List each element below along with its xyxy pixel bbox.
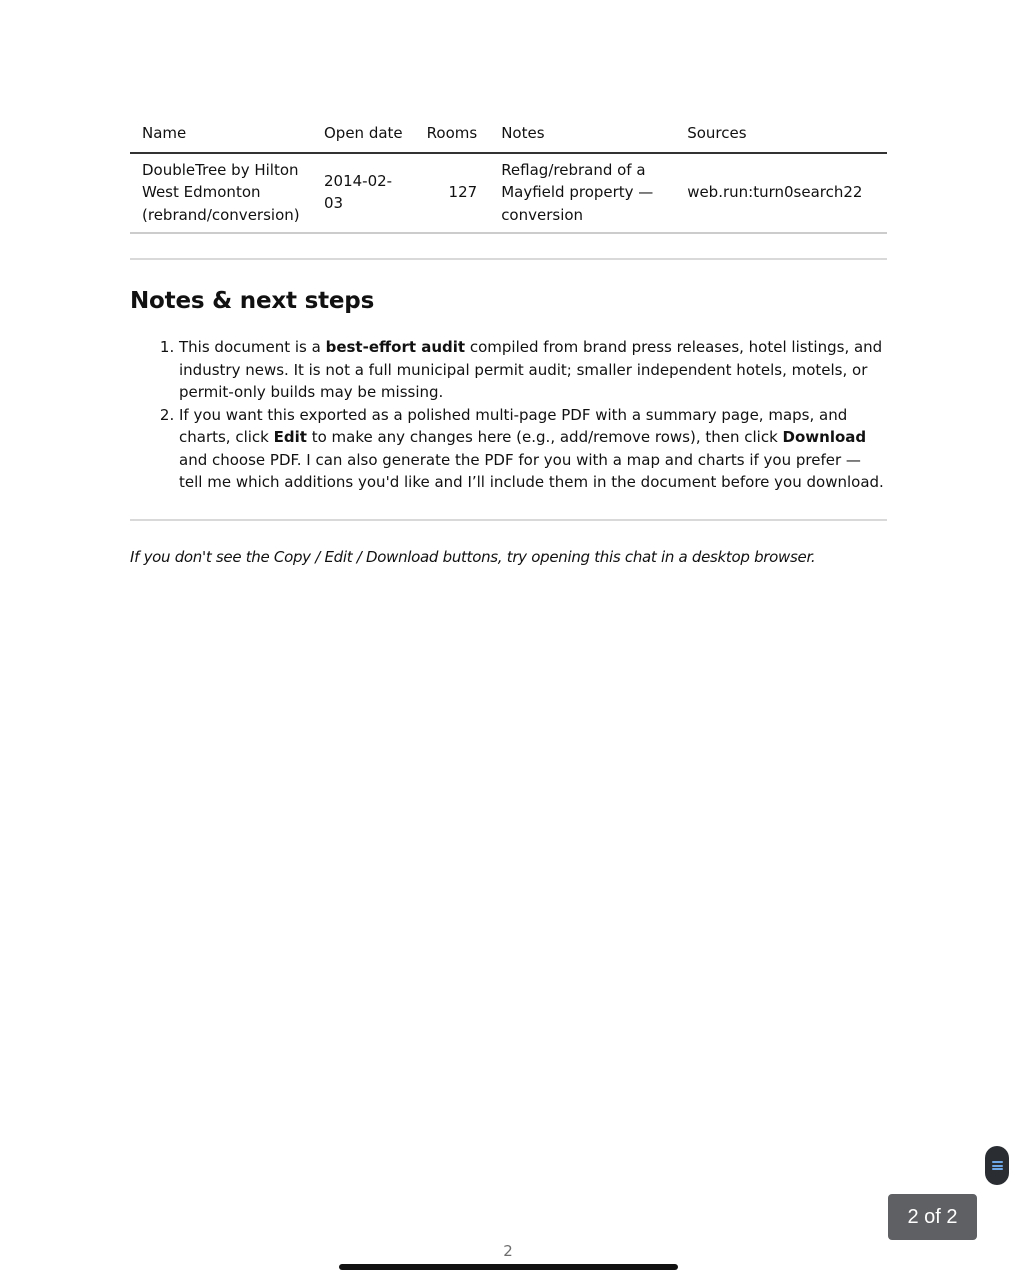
list-item: This document is a best-effort audit com…: [179, 336, 887, 404]
list-item: If you want this exported as a polished …: [179, 404, 887, 494]
emphasis-text: Download: [783, 428, 867, 446]
list-item-text: and choose PDF. I can also generate the …: [179, 451, 884, 492]
cell-notes: Reflag/rebrand of a Mayfield property — …: [489, 153, 675, 234]
column-header-open-date: Open date: [312, 116, 415, 153]
column-header-rooms: Rooms: [415, 116, 490, 153]
page-number: 2: [0, 1242, 1016, 1260]
document-page: Name Open date Rooms Notes Sources Doubl…: [130, 116, 887, 568]
hint-text: If you don't see the Copy / Edit / Downl…: [130, 546, 887, 568]
table-header-row: Name Open date Rooms Notes Sources: [130, 116, 887, 153]
list-item-text: to make any changes here (e.g., add/remo…: [307, 428, 783, 446]
emphasis-text: Edit: [274, 428, 307, 446]
home-indicator-bar[interactable]: [339, 1264, 678, 1270]
notes-list: This document is a best-effort audit com…: [130, 336, 887, 494]
menu-lines-icon: [992, 1161, 1003, 1170]
section-heading: Notes & next steps: [130, 286, 887, 316]
list-item-text: This document is a: [179, 338, 326, 356]
cell-sources: web.run:turn0search22: [675, 153, 887, 234]
cell-name: DoubleTree by Hilton West Edmonton (rebr…: [130, 153, 312, 234]
column-header-notes: Notes: [489, 116, 675, 153]
page-indicator: 2 of 2: [888, 1194, 977, 1240]
column-header-name: Name: [130, 116, 312, 153]
scroll-handle[interactable]: [985, 1146, 1009, 1185]
cell-open-date: 2014-02-03: [312, 153, 415, 234]
emphasis-text: best-effort audit: [326, 338, 466, 356]
divider: [130, 258, 887, 260]
cell-rooms: 127: [415, 153, 490, 234]
table-row: DoubleTree by Hilton West Edmonton (rebr…: [130, 153, 887, 234]
divider: [130, 519, 887, 521]
column-header-sources: Sources: [675, 116, 887, 153]
hotels-table: Name Open date Rooms Notes Sources Doubl…: [130, 116, 887, 234]
